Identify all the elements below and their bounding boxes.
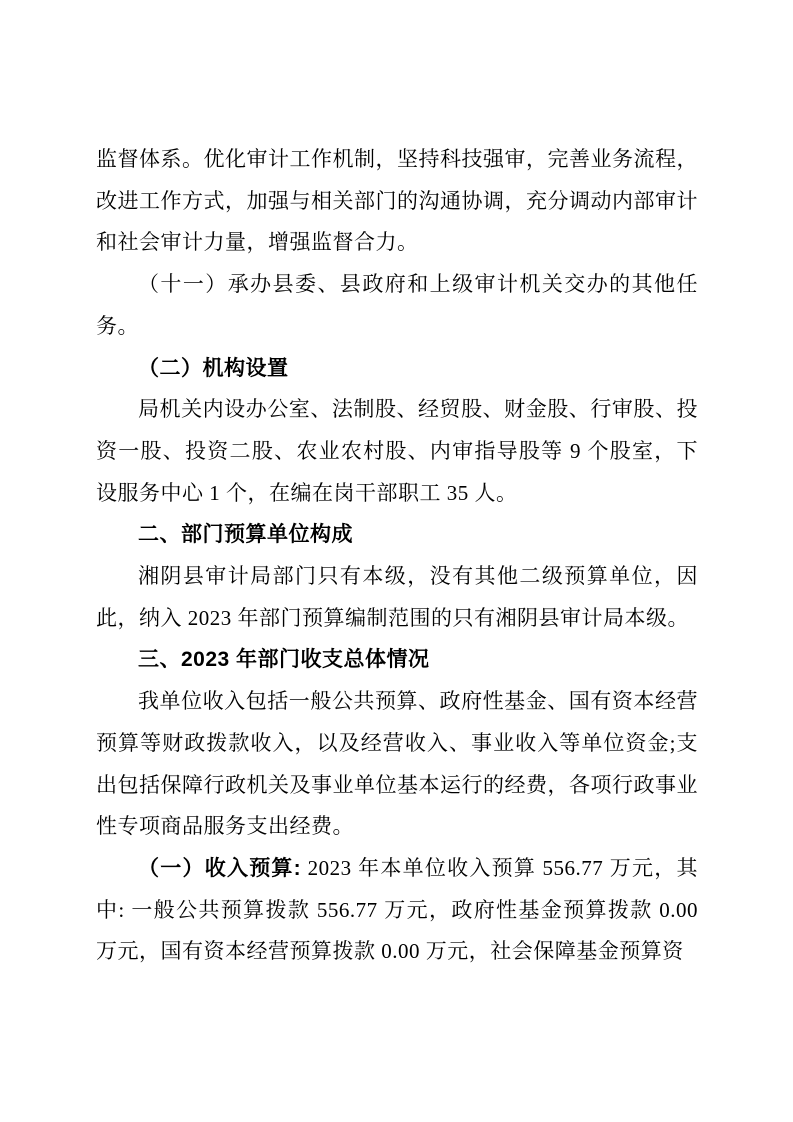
paragraph-income-budget: （一）收入预算: 2023 年本单位收入预算 556.77 万元，其中: 一般公… [96,848,698,973]
document-content: 监督体系。优化审计工作机制，坚持科技强审，完善业务流程，改进工作方式，加强与相关… [96,139,698,973]
heading-budget-unit-composition: 二、部门预算单位构成 [96,514,698,556]
heading-organization-setup: （二）机构设置 [96,348,698,390]
document-page: 监督体系。优化审计工作机制，坚持科技强审，完善业务流程，改进工作方式，加强与相关… [0,0,793,1122]
paragraph-income-expense-scope: 我单位收入包括一般公共预算、政府性基金、国有资本经营预算等财政拨款收入，以及经营… [96,681,698,848]
paragraph-duty-item-eleven: （十一）承办县委、县政府和上级审计机关交办的其他任务。 [96,264,698,347]
paragraph-budget-unit-scope: 湘阴县审计局部门只有本级，没有其他二级预算单位，因此，纳入 2023 年部门预算… [96,556,698,639]
heading-2023-income-expense-overview: 三、2023 年部门收支总体情况 [96,639,698,681]
paragraph-supervision-system-continuation: 监督体系。优化审计工作机制，坚持科技强审，完善业务流程，改进工作方式，加强与相关… [96,139,698,264]
income-budget-lead-label: （一）收入预算: [138,857,301,880]
paragraph-organization-detail: 局机关内设办公室、法制股、经贸股、财金股、行审股、投资一股、投资二股、农业农村股… [96,389,698,514]
